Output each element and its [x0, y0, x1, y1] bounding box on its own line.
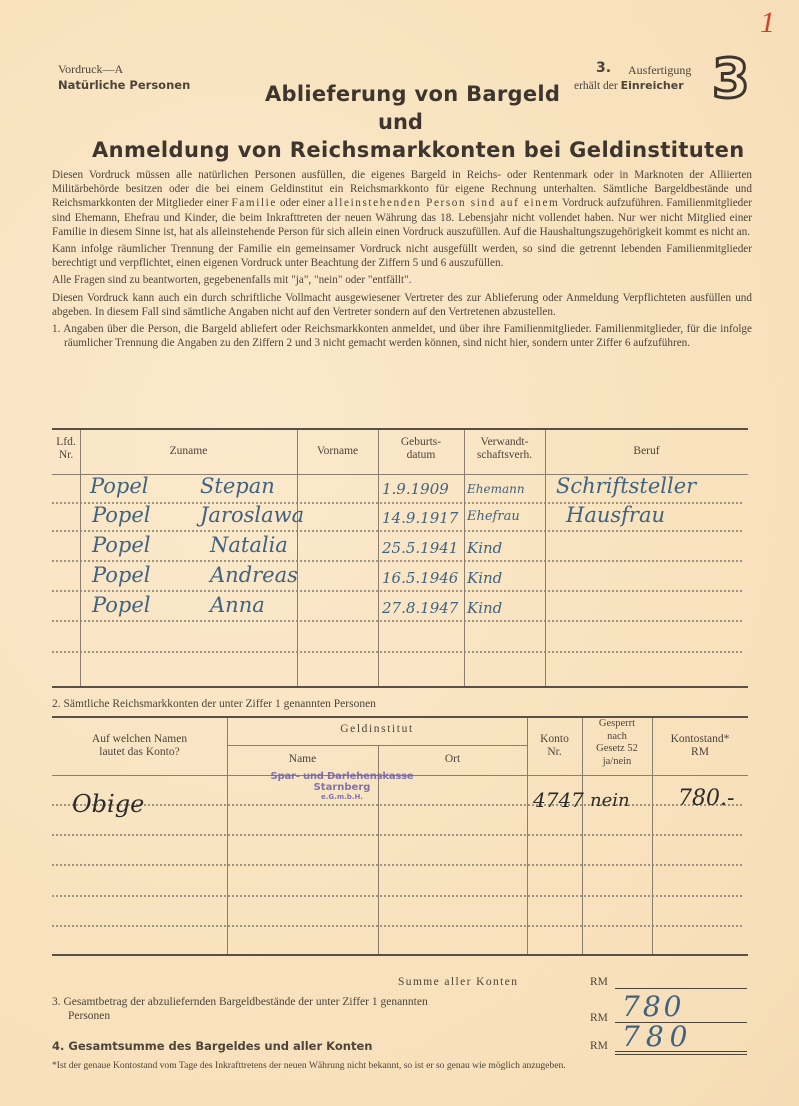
bank-stamp: Spar- und Darlehenskasse Starnberg e.G.m…	[262, 771, 422, 801]
cell-verhaeltnis[interactable]: Ehefrau	[467, 509, 520, 524]
cell-verhaeltnis[interactable]: Kind	[467, 569, 502, 587]
header-text: nach	[582, 731, 652, 744]
row-line	[52, 804, 742, 806]
cell-zuname[interactable]: Popel	[92, 533, 151, 557]
header-text: Gesetz 52	[582, 743, 652, 756]
header-text: Gesperrt	[582, 718, 652, 731]
instructions: Diesen Vordruck müssen alle natürlichen …	[52, 168, 752, 353]
cell-zuname[interactable]: Popel	[92, 593, 151, 617]
item-4-currency: RM	[590, 1040, 608, 1052]
copy-recipient-prefix: erhält der	[574, 80, 618, 92]
cell-vorname[interactable]: Anna	[210, 593, 265, 617]
page-title-line-3: Anmeldung von Reichsmarkkonten bei Geldi…	[92, 138, 745, 162]
cell-zuname[interactable]: Popel	[92, 563, 151, 587]
instructions-paragraph-1: Diesen Vordruck müssen alle natürlichen …	[52, 168, 752, 239]
sum-accounts-label: Summe aller Konten	[398, 976, 518, 988]
table-row-empty[interactable]	[52, 653, 748, 685]
header-text: Lfd.	[52, 436, 80, 449]
item-3-currency: RM	[590, 1012, 608, 1024]
header-text: lautet das Konto?	[52, 746, 227, 759]
header-kontostand: Kontostand* RM	[652, 733, 748, 759]
item-3-label: 3. Gesamtbetrag der abzuliefernden Barge…	[52, 996, 428, 1008]
instructions-paragraph-3: Alle Fragen sind zu beantworten, gegeben…	[52, 273, 752, 287]
section-2-heading: 2. Sämtliche Reichsmarkkonten der unter …	[52, 698, 376, 710]
copy-recipient-line: erhält der Einreicher	[574, 79, 684, 92]
cell-verhaeltnis[interactable]: Kind	[467, 599, 502, 617]
header-zuname: Zuname	[80, 445, 297, 458]
header-text: Nr.	[527, 746, 582, 759]
header-geburtsdatum: Geburts- datum	[378, 436, 464, 462]
cell-vorname[interactable]: Andreas	[210, 563, 298, 587]
cell-verhaeltnis[interactable]: Ehemann	[467, 482, 525, 496]
cell-beruf[interactable]: Hausfrau	[566, 503, 665, 527]
header-institut-name: Name	[227, 753, 378, 766]
copy-digit-outline: 3	[712, 52, 750, 106]
row-line	[52, 864, 742, 866]
form-label: Vordruck—A	[58, 62, 123, 77]
cell-beruf[interactable]: Schriftsteller	[556, 474, 696, 498]
table-row-empty[interactable]	[52, 622, 748, 650]
subheader-divider	[227, 745, 527, 746]
sum-accounts-currency: RM	[590, 976, 608, 988]
emphasis-familie: Familie	[232, 197, 277, 209]
red-page-number: 1	[760, 6, 775, 40]
stamp-line: e.G.m.b.H.	[262, 793, 422, 801]
item-3-label-cont: Personen	[68, 1010, 110, 1022]
header-text: Geburts-	[378, 436, 464, 449]
row-line	[52, 530, 742, 532]
row-line	[52, 925, 742, 927]
sum-accounts-field[interactable]	[615, 988, 747, 989]
cell-verhaeltnis[interactable]: Kind	[467, 539, 502, 557]
stamp-line: Starnberg	[262, 782, 422, 793]
item-3-value[interactable]: 780	[622, 990, 684, 1023]
cell-zuname[interactable]: Popel	[90, 474, 149, 498]
cell-vorname[interactable]: Natalia	[210, 533, 288, 557]
form-subtitle: Natürliche Personen	[58, 78, 190, 92]
section-1-heading: 1. Angaben über die Person, die Bargeld …	[52, 322, 752, 350]
cell-geburtsdatum[interactable]: 1.9.1909	[382, 480, 449, 498]
footnote: *Ist der genaue Kontostand vom Tage des …	[52, 1060, 566, 1071]
stamp-line: Spar- und Darlehenskasse	[262, 771, 422, 782]
header-text: schaftsverh.	[464, 449, 545, 462]
cell-geburtsdatum[interactable]: 25.5.1941	[382, 539, 458, 557]
header-beruf: Beruf	[545, 445, 748, 458]
header-konto-nr: Konto Nr.	[527, 733, 582, 759]
page-title-line-2: und	[378, 110, 423, 134]
table-top-rule	[52, 428, 748, 430]
header-verwandtschaft: Verwandt- schaftsverh.	[464, 436, 545, 462]
item-4-double-underline	[615, 1054, 747, 1055]
row-line	[52, 895, 742, 897]
header-kontoinhaber: Auf welchen Namen lautet das Konto?	[52, 733, 227, 759]
table-bottom-rule	[52, 954, 748, 956]
instructions-paragraph-4: Diesen Vordruck kann auch ein durch schr…	[52, 291, 752, 319]
copy-number: 3.	[596, 60, 611, 76]
header-text: datum	[378, 449, 464, 462]
header-geldinstitut: Geldinstitut	[227, 723, 527, 736]
header-text: Konto	[527, 733, 582, 746]
table-bottom-rule	[52, 686, 748, 688]
cell-geburtsdatum[interactable]: 27.8.1947	[382, 599, 458, 617]
header-text: ja/nein	[582, 756, 652, 769]
copy-recipient: Einreicher	[621, 79, 684, 92]
cell-vorname[interactable]: Stepan	[200, 474, 275, 498]
header-text: Auf welchen Namen	[52, 733, 227, 746]
header-text: Verwandt-	[464, 436, 545, 449]
instructions-paragraph-2: Kann infolge räumlicher Trennung der Fam…	[52, 242, 752, 270]
header-text: Nr.	[52, 449, 80, 462]
header-gesperrt: Gesperrt nach Gesetz 52 ja/nein	[582, 718, 652, 768]
header-lfd-nr: Lfd. Nr.	[52, 436, 80, 462]
header-vorname: Vorname	[297, 445, 378, 458]
copy-label: Ausfertigung	[628, 63, 691, 78]
row-line	[52, 560, 742, 562]
cell-geburtsdatum[interactable]: 16.5.1946	[382, 569, 458, 587]
cell-zuname[interactable]: Popel	[92, 503, 151, 527]
cell-geburtsdatum[interactable]: 14.9.1917	[382, 509, 458, 527]
header-text: Kontostand*	[652, 733, 748, 746]
header-text: RM	[652, 746, 748, 759]
cell-vorname[interactable]: Jaroslawa	[200, 503, 304, 527]
header-institut-ort: Ort	[378, 753, 527, 766]
cell-kontoinhaber[interactable]: Obige	[72, 790, 144, 818]
item-4-label: 4. Gesamtsumme des Bargeldes und aller K…	[52, 1039, 372, 1053]
cell-kontostand[interactable]: 780.-	[678, 786, 734, 811]
text: oder einer	[277, 197, 328, 209]
cell-konto-nr[interactable]: 4747	[533, 788, 584, 812]
row-line	[52, 590, 742, 592]
item-4-value[interactable]: 780	[622, 1020, 693, 1053]
page-title-line-1: Ablieferung von Bargeld	[265, 82, 560, 106]
cell-gesperrt[interactable]: nein	[590, 790, 630, 811]
emphasis-alleinstehend: alleinstehenden Person sind auf einem	[328, 197, 559, 209]
row-line	[52, 834, 742, 836]
